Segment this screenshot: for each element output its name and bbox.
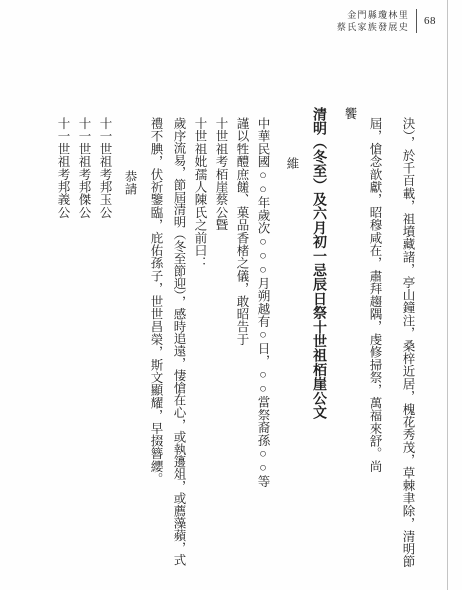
ancestor-11th-bangyu-column: 十一世祖考邦玉公 <box>94 107 115 587</box>
header-divider <box>416 9 417 33</box>
prayer-column-2: 禮不腆，伏祈鑒臨，庇佑孫子，世世昌榮，斯文顯耀，早掇簪纓。 <box>145 107 166 587</box>
ancestor-10th-bi-column: 十世祖妣孺人陳氏之前曰： <box>189 107 210 587</box>
ancestor-11th-bangjie-column: 十一世祖考邦傑公 <box>73 107 94 587</box>
ancestor-10th-kao-column: 十世祖考栢崖蔡公曁 <box>210 107 231 587</box>
vertical-text-body: 決），於千百載，祖墳藏諸，亭山鐘注，桑梓近居，槐花秀茂，草棘聿除，清明節 屆，愴… <box>52 107 418 587</box>
date-column: 中華民國○○年歲次○○○月朔越有○日，○○當祭裔孫○○等 <box>252 107 273 587</box>
text-column-continuation-2: 屆，愴念歆獻，昭穆咸在，肅拜趨隅，虔修掃祭，萬福來舒。尚 <box>364 107 385 587</box>
text-column-wei: 維 <box>281 107 302 587</box>
offering-column: 謹以牲醴庶饈、菓品香楮之儀，敢昭告于 <box>231 107 252 587</box>
prayer-column-1: 歲序流易，節屆清明（冬至節迎），感時追遠，悽愴在心，或執籩俎，或薦藻蘋，式 <box>168 107 189 587</box>
book-page: { "header": { "title_line1": "金門縣瓊林里", "… <box>0 0 462 590</box>
page-header: 金門縣瓊林里 蔡氏家族發展史 68 <box>337 9 436 33</box>
ancestor-11th-bangyi-column: 十一世祖考邦義公 <box>52 107 73 587</box>
text-column-continuation-1: 決），於千百載，祖墳藏諸，亭山鐘注，桑梓近居，槐花秀茂，草棘聿除，清明節 <box>397 107 418 587</box>
book-region-title: 金門縣瓊林里 <box>337 9 409 21</box>
page-number: 68 <box>424 15 436 27</box>
text-column-shang-xiang: 饗 <box>339 107 360 587</box>
page-edge-line <box>447 0 448 590</box>
book-title: 蔡氏家族發展史 <box>337 21 409 33</box>
section-title-column: 清明（冬至）及六月初一忌辰日祭十世祖栢崖公文 <box>305 107 331 587</box>
gong-qing-column: 恭請 <box>119 107 140 587</box>
running-title: 金門縣瓊林里 蔡氏家族發展史 <box>337 9 409 33</box>
